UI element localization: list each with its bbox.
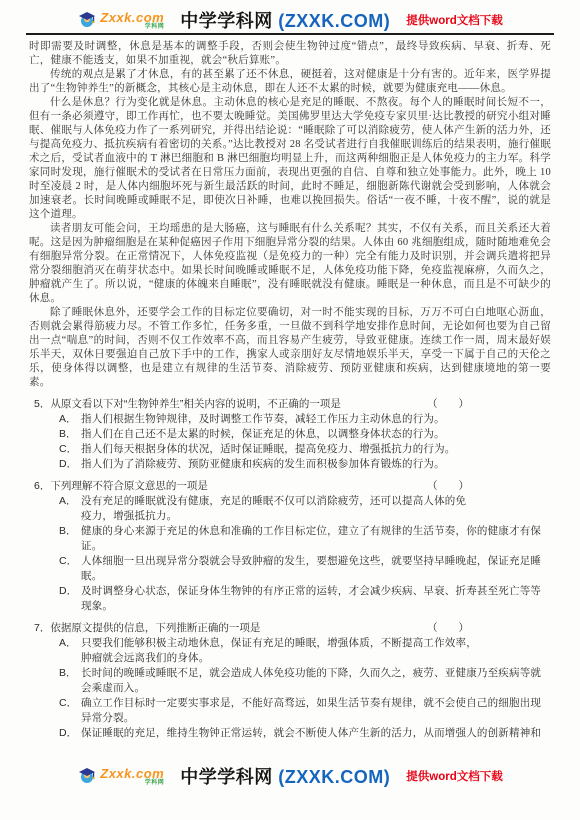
- option-label: B．: [59, 427, 81, 442]
- question-stem: 7．依据原文提供的信息，下列推断正确的一项是 （ ）: [29, 621, 551, 636]
- document-page: Zxxk.com 学科网 中学学科网 (ZXXK.COM) 提供word文档下载…: [0, 0, 580, 820]
- option-label: A．: [59, 636, 81, 666]
- option-label: A．: [59, 412, 81, 427]
- option-a: A． 只要我们能够积极主动地休息，保证有充足的睡眠，增强体质，不断提高工作效率，…: [29, 636, 551, 666]
- site-name: 中学学科网: [180, 767, 273, 787]
- brand-subtext: 学科网: [100, 781, 164, 786]
- option-c: C． 确立工作目标时一定要实事求是，不能好高骛远，如果生活节奏有规律，就不会使自…: [29, 696, 551, 726]
- option-d: D． 指人们为了消除疲劳、预防亚健康和疾病的发生而积极参加体育锻炼的行为。: [29, 457, 551, 472]
- question-stem-text: 从原文看以下对“生物钟养生”相关内容的说明，不正确的一项是: [50, 398, 341, 410]
- option-b: B． 指人们在自己还不是太累的时候，保证充足的休息，以调整身体状态的行为。: [29, 427, 551, 442]
- option-d: D． 及时调整身心状态，保证身体生物钟的有序正常的运转，才会减少疾病、早衰、折寿…: [29, 584, 551, 614]
- graduate-cap-icon: [77, 10, 97, 30]
- option-text: 没有充足的睡眠就没有健康，充足的睡眠不仅可以消除疲劳，还可以提高人体的免 疫力，…: [81, 494, 551, 524]
- paragraph: 传统的观点是累了才休息，有的甚至累了还不休息，硬挺着，这对健康是十分有害的。近年…: [29, 68, 551, 96]
- question-number: 6．: [34, 480, 50, 492]
- option-label: C．: [59, 696, 81, 726]
- option-b: B． 健康的身心来源于充足的休息和准确的工作目标定位，建立了有规律的生活节奏，你…: [29, 524, 551, 554]
- option-label: D．: [59, 726, 81, 741]
- paragraph: 除了睡眠休息外，还要学会工作的目标定位要确切，对一时不能实现的目标，万万不可白白…: [29, 306, 551, 390]
- brand-text: Zxxk.com 学科网: [100, 766, 164, 786]
- option-label: C．: [59, 442, 81, 457]
- option-text: 及时调整身心状态，保证身体生物钟的有序正常的运转，才会减少疾病、早衰、折寿甚至死…: [81, 584, 551, 614]
- question-stem: 6．下列理解不符合原文意思的一项是 （ ）: [29, 479, 551, 494]
- paragraph: 读者朋友可能会问，王均瑶患的是大肠癌，这与睡眠有什么关系呢？其实，不仅有关系，而…: [29, 222, 551, 306]
- option-text: 健康的身心来源于充足的休息和准确的工作目标定位，建立了有规律的生活节奏，你的健康…: [81, 524, 551, 554]
- header-rule: [26, 33, 554, 35]
- option-a: A． 没有充足的睡眠就没有健康，充足的睡眠不仅可以消除疲劳，还可以提高人体的免 …: [29, 494, 551, 524]
- question-number: 7．: [34, 622, 50, 634]
- option-label: C．: [59, 554, 81, 584]
- question-stem: 5．从原文看以下对“生物钟养生”相关内容的说明，不正确的一项是 （ ）: [29, 397, 551, 412]
- option-text: 长时间的晚睡或睡眠不足，就会造成人体免疫功能的下降，久而久之，疲劳、亚健康乃至疾…: [81, 666, 551, 696]
- document-body: 时即需要及时调整，休息是基本的调整手段，否则会使生物钟过度“错点”，最终导致疾病…: [29, 40, 551, 741]
- option-label: D．: [59, 457, 81, 472]
- option-text: 指人们根据生物钟规律，及时调整工作节奏，减轻工作压力主动休息的行为。: [81, 412, 551, 427]
- option-label: D．: [59, 584, 81, 614]
- zxxk-logo: Zxxk.com 学科网: [77, 10, 164, 30]
- site-tagline: 提供word文档下载: [406, 12, 502, 28]
- option-text: 保证睡眠的充足，维持生物钟正常运转，就会不断使人体产生新的活力，从而增强人的创新…: [81, 726, 551, 741]
- option-text: 指人们在自己还不是太累的时候，保证充足的休息，以调整身体状态的行为。: [81, 427, 551, 442]
- paragraph: 时即需要及时调整，休息是基本的调整手段，否则会使生物钟过度“错点”，最终导致疾病…: [29, 40, 551, 68]
- brand-subtext: 学科网: [100, 25, 164, 30]
- site-name: 中学学科网: [180, 11, 273, 31]
- zxxk-logo: Zxxk.com 学科网: [77, 766, 164, 786]
- question-number: 5．: [34, 398, 50, 410]
- question-5: 5．从原文看以下对“生物钟养生”相关内容的说明，不正确的一项是 （ ） A． 指…: [29, 397, 551, 472]
- answer-blank: （ ）: [427, 479, 469, 494]
- option-d: D． 保证睡眠的充足，维持生物钟正常运转，就会不断使人体产生新的活力，从而增强人…: [29, 726, 551, 741]
- brand-text: Zxxk.com 学科网: [100, 10, 164, 30]
- site-url: (ZXXK.COM): [278, 11, 390, 31]
- paragraph: 什么是休息？行为变化就是休息。主动休息的核心是充足的睡眠、不熬夜。每个人的睡眠时…: [29, 96, 551, 222]
- site-tagline: 提供word文档下载: [406, 768, 502, 784]
- site-footer: Zxxk.com 学科网 中学学科网 (ZXXK.COM) 提供word文档下载: [0, 756, 580, 788]
- answer-blank: （ ）: [427, 397, 469, 412]
- option-text: 只要我们能够积极主动地休息，保证有充足的睡眠，增强体质，不断提高工作效率， 肿瘤…: [81, 636, 551, 666]
- option-c: C． 人体细胞一旦出现异常分裂就会导致肿瘤的发生，要想避免这些，就要坚持早睡晚起…: [29, 554, 551, 584]
- option-label: B．: [59, 524, 81, 554]
- site-header: Zxxk.com 学科网 中学学科网 (ZXXK.COM) 提供word文档下载: [0, 0, 580, 32]
- question-6: 6．下列理解不符合原文意思的一项是 （ ） A． 没有充足的睡眠就没有健康，充足…: [29, 479, 551, 614]
- option-text: 确立工作目标时一定要实事求是，不能好高骛远，如果生活节奏有规律，就不会使自己的细…: [81, 696, 551, 726]
- site-title: 中学学科网 (ZXXK.COM): [180, 763, 390, 789]
- question-stem-text: 下列理解不符合原文意思的一项是: [50, 480, 208, 492]
- option-text: 人体细胞一旦出现异常分裂就会导致肿瘤的发生，要想避免这些，就要坚持早睡晚起，保证…: [81, 554, 551, 584]
- question-7: 7．依据原文提供的信息，下列推断正确的一项是 （ ） A． 只要我们能够积极主动…: [29, 621, 551, 741]
- option-label: B．: [59, 666, 81, 696]
- question-stem-text: 依据原文提供的信息，下列推断正确的一项是: [50, 622, 260, 634]
- option-text: 指人们每天根据身体的状况，适时保证睡眠，提高免疫力、增强抵抗力的行为。: [81, 442, 551, 457]
- site-title: 中学学科网 (ZXXK.COM): [180, 7, 390, 33]
- option-b: B． 长时间的晚睡或睡眠不足，就会造成人体免疫功能的下降，久而久之，疲劳、亚健康…: [29, 666, 551, 696]
- graduate-cap-icon: [77, 766, 97, 786]
- answer-blank: （ ）: [427, 621, 469, 636]
- option-a: A． 指人们根据生物钟规律，及时调整工作节奏，减轻工作压力主动休息的行为。: [29, 412, 551, 427]
- option-label: A．: [59, 494, 81, 524]
- passage: 时即需要及时调整，休息是基本的调整手段，否则会使生物钟过度“错点”，最终导致疾病…: [29, 40, 551, 390]
- option-c: C． 指人们每天根据身体的状况，适时保证睡眠，提高免疫力、增强抵抗力的行为。: [29, 442, 551, 457]
- site-url: (ZXXK.COM): [278, 767, 390, 787]
- option-text: 指人们为了消除疲劳、预防亚健康和疾病的发生而积极参加体育锻炼的行为。: [81, 457, 551, 472]
- questions-section: 5．从原文看以下对“生物钟养生”相关内容的说明，不正确的一项是 （ ） A． 指…: [29, 397, 551, 741]
